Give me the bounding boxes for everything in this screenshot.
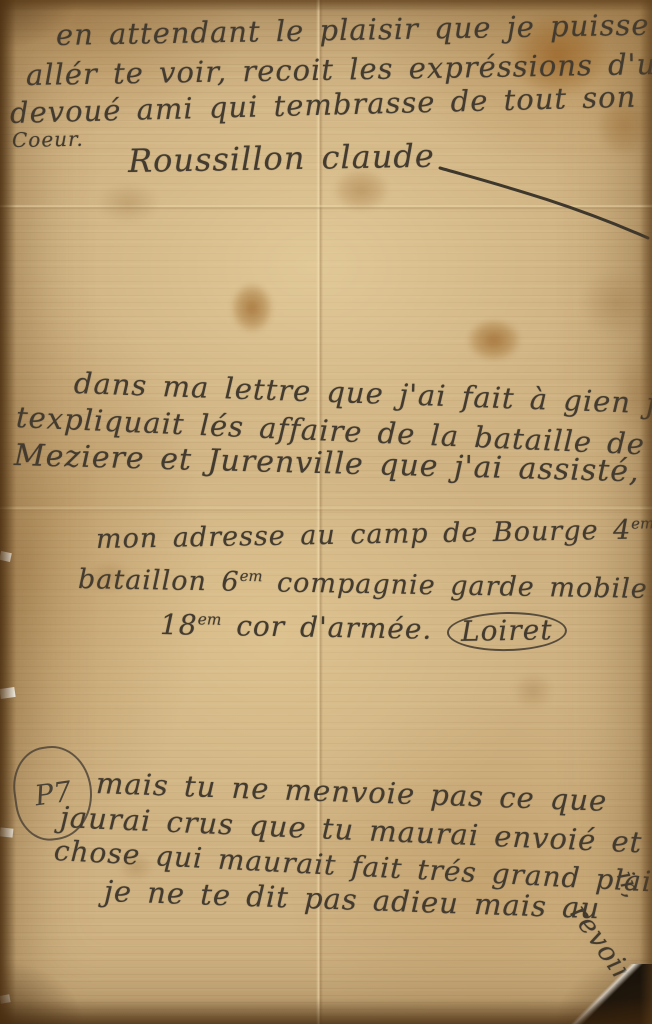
- signature: Roussillon claude: [128, 137, 435, 180]
- address-line-3-rest: cor d'armée.: [221, 609, 447, 646]
- stain: [230, 282, 274, 334]
- address-line-1-text: mon adresse au camp de Bourge 4: [96, 515, 632, 555]
- edge-tear-nick: [0, 687, 16, 699]
- address-line-2-rest: compagnie garde mobile de Lysée: [262, 567, 652, 607]
- stain: [512, 672, 554, 710]
- closing-line-4: Coeur.: [12, 127, 84, 152]
- horizontal-crease-2: [0, 506, 652, 512]
- address-line-3: 18em cor d'armée. Loiret: [160, 606, 568, 652]
- address-line-3-superscript: em: [198, 610, 222, 628]
- circled-word-loiret: Loiret: [447, 611, 567, 652]
- signature-flourish: [436, 158, 652, 250]
- edge-tear-nick: [0, 551, 12, 562]
- address-line-1: mon adresse au camp de Bourge 4em—: [96, 514, 652, 555]
- address-line-1-superscript: em: [631, 514, 652, 532]
- address-line-2-text: bataillon 6: [78, 564, 240, 598]
- address-line-3-text: 18: [160, 608, 198, 642]
- edge-tear-nick: [0, 994, 11, 1004]
- wrapped-word-revoir: revoir,: [563, 899, 643, 994]
- horizontal-fold-crease: [0, 204, 652, 210]
- stain: [580, 270, 652, 336]
- address-line-2-superscript: em: [240, 567, 263, 585]
- edge-tear-nick: [0, 827, 13, 837]
- letter-page: en attendant le plaisir que je puisse al…: [0, 0, 652, 1024]
- stain: [96, 182, 160, 224]
- stain: [466, 318, 522, 362]
- address-line-2: bataillon 6em compagnie garde mobile de …: [78, 564, 652, 608]
- closing-line-1: en attendant le plaisir que je puisse: [56, 8, 650, 52]
